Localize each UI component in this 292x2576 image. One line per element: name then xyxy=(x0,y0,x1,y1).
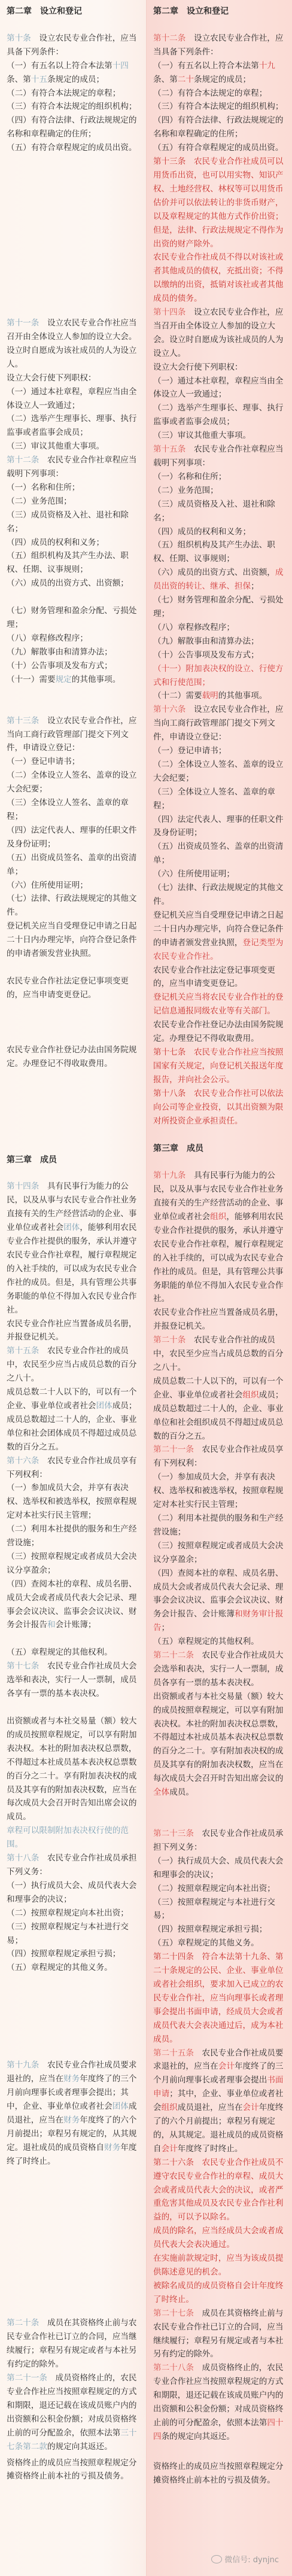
added-paragraph: 第二十四条 符合本法第十九条、第二十条规定的公民、企业、事业单位或者社会组织，要… xyxy=(153,1950,286,2046)
article-number: 第十七条 xyxy=(7,1661,39,1671)
text-run: （一）通过本社章程，章程应当由全体设立人一致通过； xyxy=(153,376,284,400)
law-paragraph: （三）按照章程规定或者成员大会决议分享盈余； xyxy=(153,1539,286,1567)
changed-text: 二十 xyxy=(178,75,194,84)
law-paragraph: 第十八条 农民专业合作社成员承担下列义务： xyxy=(7,1852,140,1879)
text-run: 成员的除名，应当经成员大会或者成员代表大会表决通过。 xyxy=(153,2226,284,2249)
text-run: （四）成员的权利和义务； xyxy=(153,527,251,537)
article-number: 第二十条 xyxy=(7,2318,39,2328)
law-paragraph: （十）公告事项及发布方式； xyxy=(153,648,286,662)
text-run: （二）有符合本法规定的章程； xyxy=(153,89,267,98)
article-number: 第二十三条 xyxy=(153,1829,194,1838)
law-paragraph: （三）审议其他重大事项。 xyxy=(153,429,286,443)
changed-text: 规定 xyxy=(56,675,72,684)
text-run: 的其他事项。 xyxy=(72,675,121,684)
article-number: 第十四条 xyxy=(7,1182,39,1191)
text-run: 农民专业合作社法定登记事项变更的，应当申请变更登记。 xyxy=(153,966,275,989)
law-comparison-page: 第二章 设立和登记第十条 设立农民专业合作社，应当具备下列条件：（一）有五名以上… xyxy=(0,0,292,2576)
law-paragraph: 农民专业合作社应当置备成员名册，并报登记机关。 xyxy=(7,1317,140,1345)
law-paragraph: 农民专业合作社登记办法由国务院规定。办理登记不得收取费用。 xyxy=(153,1018,286,1046)
text-run: 的规定向其返还。 xyxy=(47,2442,112,2452)
text-run: （二）全体设立人签名、盖章的设立大会纪要； xyxy=(153,760,284,783)
chapter-heading: 第二章 设立和登记 xyxy=(7,5,140,19)
law-paragraph: 第十二条 设立农民专业合作社，应当具备下列条件： xyxy=(153,32,286,59)
watermark: 微信号: dynjnc xyxy=(211,2553,279,2565)
law-paragraph: （一）有五名以上符合本法第十九条、第二十条规定的成员； xyxy=(153,59,286,87)
spacer xyxy=(7,1167,140,1180)
changed-text: 组织 xyxy=(210,1212,226,1222)
text-run: （九）解散事由和清算办法； xyxy=(7,647,112,657)
text-run: （七）财务管理和盈余分配、亏损处理； xyxy=(153,595,284,619)
law-paragraph: （二）有符合本法规定的章程； xyxy=(153,87,286,101)
text-run: （六）住所使用证明； xyxy=(153,869,235,879)
article-number: 第十八条 xyxy=(7,1853,39,1863)
text-run: 成员。 xyxy=(169,1788,194,1797)
law-paragraph: （四）成员的权利和义务； xyxy=(153,525,286,539)
law-paragraph: （四）按照章程规定承担亏损； xyxy=(153,1923,286,1936)
article-number: 第十九条 xyxy=(153,1171,185,1180)
text-run: （三）按照章程规定与本社进行交易； xyxy=(7,1922,129,1945)
text-run: （六）成员的出资方式、出资额； xyxy=(7,578,129,588)
law-paragraph: （十二）需要载明的其他事项。 xyxy=(153,689,286,703)
text-run: 农民专业合作社登记办法由国务院规定。办理登记不得收取费用。 xyxy=(7,1045,137,1068)
law-paragraph: 成员总数二十人以下的，可以有一个企业、事业单位或者社会团体成员；成员总数超过二十… xyxy=(7,1386,140,1454)
spacer xyxy=(7,961,140,975)
law-paragraph: （六）住所使用证明； xyxy=(7,879,140,893)
text-run: 年度终了时终止。 xyxy=(178,2144,243,2154)
law-paragraph: （一）登记申请书； xyxy=(153,744,286,758)
text-run: （十）公告事项及发布方式； xyxy=(7,661,112,671)
law-paragraph: （十）公告事项及发布方式； xyxy=(7,659,140,673)
text-run: 第十七条 农民专业合作社应当按照国家有关规定，向登记机关报送年度报告，并向社会公… xyxy=(153,1048,284,1085)
text-run: （五）组织机构及其产生办法、职权、任期、议事规则； xyxy=(7,551,129,574)
law-paragraph: （一）通过本社章程，章程应当由全体设立人一致通过； xyxy=(7,385,140,413)
law-paragraph: （十一）需要规定的其他事项。 xyxy=(7,673,140,687)
chapter-heading: 第三章 成员 xyxy=(7,1153,140,1167)
text-run: 资格终止的成员应当按照章程规定分摊资格终止前本社的亏损及债务。 xyxy=(7,2458,137,2481)
article-number: 第二十七条 xyxy=(153,2309,194,2318)
text-run: （十一）需要 xyxy=(7,675,56,684)
text-run: 的其他事项。 xyxy=(218,691,267,701)
spacer xyxy=(153,19,286,32)
changed-text: 团体 xyxy=(63,1223,80,1232)
article-number: 第二十条 xyxy=(153,1335,185,1345)
text-run: （六）成员的出资方式、出资额， xyxy=(153,568,275,577)
spacer xyxy=(7,19,140,32)
changed-text: 财务 xyxy=(63,2074,80,2084)
text-run: （四）法定代表人、理事的任职文件及身份证明； xyxy=(7,826,137,849)
law-paragraph: 第二十一条 成员资格终止的，农民专业合作社应当按照章程规定的方式和期限，退还记载… xyxy=(7,2371,140,2453)
watermark-text: 微信号: dynjnc xyxy=(224,2553,279,2565)
spacer xyxy=(153,1128,286,1142)
text-run: 条规定的成员； xyxy=(194,75,251,84)
law-paragraph: 第十六条 设立农民专业合作社，应当向工商行政管理部门提交下列文件，申请设立登记： xyxy=(153,703,286,744)
text-run: （二）有符合本法规定的章程； xyxy=(7,89,120,98)
law-paragraph: （四）按照章程规定承担亏损； xyxy=(7,1947,140,1961)
text-run: （五）章程规定的其他权利。 xyxy=(153,1637,259,1646)
text-run: （三）审议其他重大事项。 xyxy=(7,441,104,451)
law-paragraph: 出资额或者与本社交易量（额）较大的成员按照章程规定，可以享有附加表决权。本社的附… xyxy=(153,1690,286,1799)
text-run: ，能够利用农民专业合作社提供的服务，承认并遵守农民专业合作社章程，履行章程规定的… xyxy=(153,1212,284,1304)
text-run: 在实施前款规定时，应当为该成员提供陈述意见的机会。 xyxy=(153,2254,284,2277)
added-paragraph: 成员的除名，应当经成员大会或者成员代表大会表决通过。 xyxy=(153,2224,286,2252)
text-run: （五）有符合章程规定的成员出资。 xyxy=(153,143,284,153)
law-paragraph: （五）章程规定的其他义务。 xyxy=(153,1936,286,1950)
law-paragraph: 登记机关应当自受理登记申请之日起二十日内办理完毕，向符合登记条件的申请者颁发营业… xyxy=(7,919,140,961)
text-run: （二）按照章程规定向本社出资； xyxy=(153,1884,275,1893)
text-run: 成员资格终止的，农民专业合作社应当按照章程规定的方式和期限，退还记载在该成员账户… xyxy=(153,2363,284,2428)
law-paragraph: （四）法定代表人、理事的任职文件及身份证明； xyxy=(153,813,286,841)
law-paragraph: 农民专业合作社法定登记事项变更的，应当申请变更登记。 xyxy=(7,975,140,1002)
changed-text: 团体 xyxy=(96,1401,112,1411)
text-run: （一）参加成员大会，并享有表决权、选举权和被选举权，按照章程规定对本社实行民主管… xyxy=(7,1483,137,1520)
text-run: 设立大会行使下列职权： xyxy=(153,363,243,372)
spacer xyxy=(7,590,140,604)
law-paragraph: 第十三条 设立农民专业合作社，应当向工商行政管理部门提交下列文件，申请设立登记： xyxy=(7,714,140,756)
text-run: 条、第 xyxy=(153,75,178,84)
text-run: （二）业务范围； xyxy=(7,497,72,506)
law-paragraph: 第十九条 农民专业合作社成员要求退社的，应当在财务年度终了的三个月前向理事长或者… xyxy=(7,2059,140,2168)
text-run: （三）按照章程规定或者成员大会决议分享盈余； xyxy=(153,1541,284,1564)
text-run: 农民专业合作社应当置备成员名册，并报登记机关。 xyxy=(153,1308,284,1331)
law-paragraph: （一）执行成员大会、成员代表大会和理事会的决议； xyxy=(7,1879,140,1907)
law-paragraph: 农民专业合作社法定登记事项变更的，应当申请变更登记。 xyxy=(153,964,286,991)
text-run: （一）执行成员大会、成员代表大会和理事会的决议； xyxy=(153,1856,284,1880)
chapter-heading: 第三章 成员 xyxy=(153,1142,286,1156)
law-paragraph: 章程可以限制附加表决权行使的范围。 xyxy=(7,1824,140,1852)
law-paragraph: （五）组织机构及其产生办法、职权、任期、议事规则； xyxy=(153,538,286,566)
law-paragraph: 农民专业合作社登记办法由国务院规定。办理登记不得收取费用。 xyxy=(7,1043,140,1071)
law-paragraph: 登记机关应当自受理登记申请之日起二十日内办理完毕，向符合登记条件的申请者颁发营业… xyxy=(153,909,286,964)
law-paragraph: （二）利用本社提供的服务和生产经营设施； xyxy=(7,1523,140,1550)
text-run: （八）章程修改程序； xyxy=(153,623,235,632)
text-run: 农民专业合作社法定登记事项变更的，应当申请变更登记。 xyxy=(7,976,129,1000)
changed-text: 载明 xyxy=(202,691,218,701)
text-run: （三）全体设立人签名、盖章的章程； xyxy=(153,787,275,811)
law-paragraph: 成员总数二十人以下的，可以有一个企业、事业单位或者社会组织成员；成员总数超过二十… xyxy=(153,1375,286,1444)
text-run: （七）法律、行政法规规定的其他文件。 xyxy=(7,894,137,917)
text-run: （一）执行成员大会、成员代表大会和理事会的决议； xyxy=(7,1881,137,1904)
law-paragraph: （二）按照章程规定向本社出资； xyxy=(153,1882,286,1896)
changed-text: 十四 xyxy=(112,61,129,71)
law-paragraph: （一）名称和住所； xyxy=(7,481,140,495)
spacer xyxy=(7,1975,140,2059)
law-paragraph: 第二十八条 成员资格终止的，农民专业合作社应当按照章程规定的方式和期限，退还记载… xyxy=(153,2361,286,2443)
text-run: 条规定的成员； xyxy=(47,75,104,84)
text-run: （六）住所使用证明； xyxy=(7,881,88,890)
text-run: （五）章程规定的其他义务。 xyxy=(7,1963,112,1972)
changed-text: 十五 xyxy=(31,75,47,84)
law-paragraph: 第十条 设立农民专业合作社，应当具备下列条件： xyxy=(7,32,140,59)
law-paragraph: 出资额或者与本社交易量（额）较大的成员按照章程规定，可以享有附加表决权。本社的附… xyxy=(7,1715,140,1824)
article-number: 第十五条 xyxy=(7,1346,39,1356)
text-run: （四）法定代表人、理事的任职文件及身份证明； xyxy=(153,815,284,838)
law-paragraph: 设立大会行使下列职权： xyxy=(7,372,140,385)
text-run: （四）有符合法律、行政法规规定的名称和章程确定的住所； xyxy=(153,115,284,139)
article-number: 第十四条 xyxy=(153,307,185,317)
spacer xyxy=(7,1632,140,1646)
text-run: （三）成员资格及入社、退社和除名； xyxy=(153,500,275,523)
law-paragraph: （六）住所使用证明； xyxy=(153,867,286,881)
text-run: （三）有符合本法规定的组织机构； xyxy=(153,102,284,111)
law-paragraph: 资格终止的成员应当按照章程规定分摊资格终止前本社的亏损及债务。 xyxy=(153,2460,286,2487)
text-run: （五）章程规定的其他义务。 xyxy=(153,1938,259,1948)
law-paragraph: 第十二条 农民专业合作社章程应当载明下列事项： xyxy=(7,453,140,481)
law-paragraph: 农民专业合作社应当置备成员名册，并报登记机关。 xyxy=(153,1306,286,1333)
law-paragraph: （四）有符合法律、行政法规规定的名称和章程确定的住所； xyxy=(153,114,286,141)
text-run: （四）按照章程规定承担亏损； xyxy=(153,1925,267,1934)
text-run: （一）参加成员大会，并享有表决权、选举权和被选举权，按照章程规定对本社实行民主管… xyxy=(153,1472,284,1509)
text-run: 登记机关应当自受理登记申请之日起二十日内办理完毕，向符合登记条件的申请者颁发营业… xyxy=(7,921,137,958)
article-number: 第二十五条 xyxy=(153,2048,194,2058)
text-run: 成员资格终止的，农民专业合作社应当按照章程规定的方式和期限，退还记载在该成员账户… xyxy=(7,2373,137,2438)
changed-text: 财务 xyxy=(104,2143,120,2152)
law-paragraph: （二）有符合本法规定的章程； xyxy=(7,87,140,101)
law-paragraph: （七）财务管理和盈余分配、亏损处理； xyxy=(7,604,140,632)
article-number: 第十六条 xyxy=(153,705,185,714)
article-number: 第十六条 xyxy=(7,1456,39,1466)
law-paragraph: （四）法定代表人、理事的任职文件及身份证明； xyxy=(7,824,140,851)
text-run: 登记机关应当将农民专业合作社的登记信息通报同级农业等有关部门。 xyxy=(153,992,284,1016)
changed-text: 会计 xyxy=(162,2144,178,2154)
spacer xyxy=(7,1701,140,1715)
text-run: （八）章程修改程序； xyxy=(7,634,88,643)
law-paragraph: （一）参加成员大会，并享有表决权、选举权和被选举权，按照章程规定对本社实行民主管… xyxy=(7,1481,140,1523)
text-run: 农民专业合作社登记办法由国务院规定。办理登记不得收取费用。 xyxy=(153,1020,284,1043)
law-paragraph: （五）有符合章程规定的成员出资。 xyxy=(7,141,140,155)
text-run: （三）有符合本法规定的组织机构； xyxy=(7,102,137,111)
text-run: （五）出资成员签名、盖章的出资清单； xyxy=(153,842,284,865)
spacer xyxy=(7,1002,140,1043)
text-run: （四）成员的权利和义务； xyxy=(7,538,104,547)
text-run: （三）全体设立人签名、盖章的章程； xyxy=(7,798,129,821)
text-run: （三）按照章程规定或者成员大会决议分享盈余； xyxy=(7,1552,137,1575)
text-run: （一）登记申请书； xyxy=(153,746,226,756)
text-run: （二）选举产生理事长、理事、执行监事或者监事会成员； xyxy=(153,403,284,427)
law-paragraph: （七）法律、行政法规规定的其他文件。 xyxy=(153,881,286,909)
law-paragraph: （五）章程规定的其他义务。 xyxy=(7,1961,140,1975)
text-run: （一）名称和住所； xyxy=(7,483,80,492)
changed-text: 和 xyxy=(47,1620,56,1630)
law-paragraph: （十一）附加表决权的设立、行使方式和行使范围； xyxy=(153,662,286,690)
spacer xyxy=(153,1799,286,1827)
law-paragraph: 第十九条 具有民事行为能力的公民，以及从事与农民专业合作社业务直接有关的生产经营… xyxy=(153,1169,286,1306)
added-paragraph: 第十八条 农民专业合作社可以依法向公司等企业投资，以其出资额为限对所投资企业承担… xyxy=(153,1087,286,1128)
text-run: 条的规定向其返还。 xyxy=(162,2432,235,2441)
article-number: 第二十一条 xyxy=(7,2373,47,2383)
article-number: 第十条 xyxy=(7,34,31,43)
text-run: （五）有符合章程规定的成员出资。 xyxy=(7,143,137,153)
law-paragraph: （三）全体设立人签名、盖章的章程； xyxy=(153,785,286,813)
article-number: 第十二条 xyxy=(7,455,39,465)
spacer xyxy=(7,687,140,714)
text-run: （二）利用本社提供的服务和生产经营设施； xyxy=(153,1514,284,1537)
text-run: （一）有五名以上符合本法第 xyxy=(153,61,259,71)
text-run: （七）法律、行政法规规定的其他文件。 xyxy=(153,883,284,906)
article-number: 第十九条 xyxy=(7,2060,39,2070)
law-paragraph: 第十四条 具有民事行为能力的公民，以及从事与农民专业合作社业务直接有关的生产经营… xyxy=(7,1180,140,1317)
spacer xyxy=(7,155,140,316)
law-paragraph: （一）参加成员大会，并享有表决权、选举权和被选举权，按照章程规定对本社实行民主管… xyxy=(153,1470,286,1512)
added-paragraph: 第二十六条 农民专业合作社成员不遵守农民专业合作社的章程、成员大会或者成员代表大… xyxy=(153,2156,286,2225)
text-run: 第二十六条 农民专业合作社成员不遵守农民专业合作社的章程、成员大会或者成员代表大… xyxy=(153,2158,284,2222)
law-paragraph: （三）按照章程规定或者成员大会决议分享盈余； xyxy=(7,1550,140,1578)
text-run: 资格终止的成员应当按照章程规定分摊资格终止前本社的亏损及债务。 xyxy=(153,2462,284,2485)
changed-text: 组织 xyxy=(243,1390,259,1400)
text-run: 第十三条 农民专业合作社成员可以用货币出资，也可以用实物、知识产权、土地经营权、… xyxy=(153,157,284,248)
law-paragraph: （一）执行成员大会、成员代表大会和理事会的决议； xyxy=(153,1855,286,1882)
text-run: 出资额或者与本社交易量（额）较大的成员按照章程规定，可以享有附加表决权。本社的附… xyxy=(7,1716,137,1822)
law-paragraph: （四）有符合法律、行政法规规定的名称和章程确定的住所； xyxy=(7,114,140,141)
law-paragraph: （一）登记申请书； xyxy=(7,755,140,769)
changed-text: 团体 xyxy=(112,2102,129,2111)
text-run: 被除名成员的成员资格自会计年度终了时终止。 xyxy=(153,2281,284,2304)
law-paragraph: （三）审议其他重大事项。 xyxy=(7,440,140,453)
law-paragraph: （五）有符合章程规定的成员出资。 xyxy=(153,141,286,155)
text-run: （十二）需要 xyxy=(153,691,202,701)
law-paragraph: （二）业务范围； xyxy=(7,495,140,508)
text-run: （二）选举产生理事长、理事、执行监事或者监事会成员； xyxy=(7,414,137,437)
text-run: （七）财务管理和盈余分配、亏损处理； xyxy=(7,606,137,629)
text-run: 设立大会行使下列职权： xyxy=(7,373,96,383)
law-paragraph: （六）成员的出资方式、出资额； xyxy=(7,577,140,590)
spacer xyxy=(153,2444,286,2460)
chapter-heading: 第二章 设立和登记 xyxy=(153,5,286,19)
text-run: 农民专业合作社成员不得以对该社或者其他成员的债权，充抵出资；不得以缴纳的出资，抵… xyxy=(153,252,284,303)
article-number: 第二十二条 xyxy=(153,1651,194,1660)
added-paragraph: 在实施前款规定时，应当为该成员提供陈述意见的机会。 xyxy=(153,2252,286,2279)
law-paragraph: （三）按照章程规定与本社进行交易； xyxy=(7,1920,140,1948)
text-run: （五）组织机构及其产生办法、职权、任期、议事规则； xyxy=(153,540,275,564)
article-number: 第十三条 xyxy=(7,716,39,726)
law-paragraph: 设立大会行使下列职权： xyxy=(153,361,286,374)
text-run: （二）全体设立人签名、盖章的设立大会纪要； xyxy=(7,771,137,794)
law-paragraph: （二）全体设立人签名、盖章的设立大会纪要； xyxy=(153,758,286,785)
law-paragraph: 第十六条 农民专业合作社成员享有下列权利： xyxy=(7,1454,140,1482)
text-run: （十）公告事项及发布方式； xyxy=(153,650,259,660)
new-law-column: 第二章 设立和登记第十二条 设立农民专业合作社，应当具备下列条件：（一）有五名以… xyxy=(146,0,292,2576)
law-paragraph: （五）出资成员签名、盖章的出资清单； xyxy=(153,840,286,867)
law-paragraph: （八）章程修改程序； xyxy=(153,621,286,635)
changed-text: （十一）附加表决权的设立、行使方式和行使范围； xyxy=(153,664,284,687)
law-paragraph: （三）有符合本法规定的组织机构； xyxy=(7,100,140,114)
text-run: （九）解散事由和清算办法； xyxy=(153,637,259,646)
law-paragraph: （二）选举产生理事长、理事、执行监事或者监事会成员； xyxy=(7,412,140,440)
text-run: （五）出资成员签名、盖章的出资清单； xyxy=(7,853,137,876)
law-paragraph: 第二十二条 农民专业合作社成员大会选举和表决，实行一人一票制，成员各享有一票的基… xyxy=(153,1649,286,1690)
law-paragraph: （九）解散事由和清算办法； xyxy=(7,645,140,659)
text-run: ； xyxy=(251,581,259,591)
law-paragraph: （五）组织机构及其产生办法、职权、任期、议事规则； xyxy=(7,549,140,577)
article-number: 第二十一条 xyxy=(153,1445,194,1454)
law-paragraph: （二）全体设立人签名、盖章的设立大会纪要； xyxy=(7,769,140,796)
law-paragraph: （二）业务范围； xyxy=(153,484,286,498)
law-paragraph: 第二十一条 农民专业合作社成员享有下列权利： xyxy=(153,1443,286,1470)
law-paragraph: 第二十条 成员在其资格终止前与农民专业合作社已订立的合同，应当继续履行；章程另有… xyxy=(7,2316,140,2371)
changed-text: 全体 xyxy=(153,1788,169,1797)
law-paragraph: （九）解散事由和清算办法； xyxy=(153,635,286,648)
spacer xyxy=(7,2168,140,2316)
article-number: 第十五条 xyxy=(153,444,185,454)
text-run: （三）审议其他重大事项。 xyxy=(153,431,251,440)
article-number: 第二十八条 xyxy=(153,2363,194,2373)
law-paragraph: （三）按照章程规定与本社进行交易； xyxy=(153,1896,286,1923)
text-run: （一）名称和住所； xyxy=(153,472,226,482)
law-paragraph: （三）有符合本法规定的组织机构； xyxy=(153,100,286,114)
law-paragraph: （一）名称和住所； xyxy=(153,470,286,484)
text-run: 第二十四条 符合本法第十九条、第二十条规定的公民、企业、事业单位或者社会组织，要… xyxy=(153,1952,284,2044)
text-run: 条、第 xyxy=(7,75,31,84)
law-paragraph: （八）章程修改程序； xyxy=(7,632,140,645)
text-run: （二）按照章程规定向本社出资； xyxy=(7,1908,129,1918)
text-run: （一）通过本社章程，章程应当由全体设立人一致通过； xyxy=(7,387,137,410)
text-run: （四）有符合法律、行政法规规定的名称和章程确定的住所； xyxy=(7,115,137,139)
added-paragraph: 第十三条 农民专业合作社成员可以用货币出资，也可以用实物、知识产权、土地经营权、… xyxy=(153,155,286,251)
article-number: 第十一条 xyxy=(7,318,39,328)
text-run: 第十八条 农民专业合作社可以依法向公司等企业投资，以其出资额为限对所投资企业承担… xyxy=(153,1089,284,1126)
law-paragraph: （二）利用本社提供的服务和生产经营设施； xyxy=(153,1512,286,1539)
text-run: 成员退社，应当在 xyxy=(178,2103,243,2112)
law-paragraph: （三）成员资格及入社、退社和除名； xyxy=(7,508,140,536)
spacer xyxy=(7,1071,140,1153)
law-paragraph: （三）成员资格及入社、退社和除名； xyxy=(153,498,286,525)
changed-text: 十九 xyxy=(259,61,275,71)
law-paragraph: 第二十条 农民专业合作社的成员中，农民至少应当占成员总数的百分之八十。 xyxy=(153,1333,286,1375)
law-paragraph: （二）选举产生理事长、理事、执行监事或者监事会成员； xyxy=(153,401,286,429)
text-run: 会计账簿； xyxy=(56,1620,96,1630)
law-paragraph: 第十五条 农民专业合作社章程应当载明下列事项： xyxy=(153,443,286,470)
law-paragraph: （七）法律、行政法规规定的其他文件。 xyxy=(7,892,140,919)
law-paragraph: 资格终止的成员应当按照章程规定分摊资格终止前本社的亏损及债务。 xyxy=(7,2456,140,2484)
spacer xyxy=(153,1156,286,1169)
law-paragraph: （三）全体设立人签名、盖章的章程； xyxy=(7,796,140,824)
text-run: （五）章程规定的其他权利。 xyxy=(7,1648,112,1657)
law-paragraph: 第二十三条 农民专业合作社成员承担下列义务： xyxy=(153,1827,286,1855)
text-run: （一）有五名以上符合本法第 xyxy=(7,61,112,71)
law-paragraph: 第二十五条 农民专业合作社成员要求退社的，应当在会计年度终了的三个月前向理事长或… xyxy=(153,2047,286,2156)
text-run: ； xyxy=(162,1623,170,1633)
text-run: 农民专业合作社应当置备成员名册，并报登记机关。 xyxy=(7,1319,137,1342)
text-run: ，能够利用农民专业合作社提供的服务，承认并遵守农民专业合作社章程，履行章程规定的… xyxy=(7,1223,137,1314)
text-run: （一）登记申请书； xyxy=(7,757,80,766)
law-paragraph: （六）成员的出资方式、出资额，成员出资的转让、继承、担保； xyxy=(153,566,286,593)
law-paragraph: （二）按照章程规定向本社出资； xyxy=(7,1907,140,1920)
text-run: （三）按照章程规定与本社进行交易； xyxy=(153,1898,275,1921)
law-paragraph: 第二十七条 成员在其资格终止前与农民专业合作社已订立的合同，应当继续履行；章程另… xyxy=(153,2307,286,2362)
article-number: 第十二条 xyxy=(153,34,185,43)
law-paragraph: 第十四条 设立农民专业合作社，应当召开由全体设立人参加的设立大会。设立时自愿成为… xyxy=(153,306,286,361)
text-run: 出资额或者与本社交易量（额）较大的成员按照章程规定，可以享有附加表决权。本社的附… xyxy=(153,1692,284,1783)
law-paragraph: （五）出资成员签名、盖章的出资清单； xyxy=(7,851,140,879)
law-paragraph: 第十五条 农民专业合作社的成员中，农民至少应当占成员总数的百分之八十。 xyxy=(7,1344,140,1386)
old-law-column: 第二章 设立和登记第十条 设立农民专业合作社，应当具备下列条件：（一）有五名以上… xyxy=(0,0,146,2576)
law-paragraph: （四）查阅本社的章程、成员名册、成员大会或者成员代表大会记录、理事会会议决议、监… xyxy=(7,1578,140,1633)
law-paragraph: （四）成员的权利和义务； xyxy=(7,536,140,550)
changed-text: 会计 xyxy=(218,2062,235,2071)
law-paragraph: （四）查阅本社的章程、成员名册、成员大会或者成员代表大会记录、理事会会议决议、监… xyxy=(153,1567,286,1636)
law-paragraph: 第十七条 农民专业合作社成员大会选举和表决，实行一人一票制，成员各享有一票的基本… xyxy=(7,1660,140,1701)
law-paragraph: （一）有五名以上符合本法第十四条、第十五条规定的成员； xyxy=(7,59,140,87)
text-run: （四）按照章程规定承担亏损； xyxy=(7,1949,120,1959)
text-run: （三）成员资格及入社、退社和除名； xyxy=(7,510,129,534)
added-paragraph: 农民专业合作社成员不得以对该社或者其他成员的债权，充抵出资；不得以缴纳的出资，抵… xyxy=(153,251,286,306)
law-paragraph: （一）通过本社章程，章程应当由全体设立人一致通过； xyxy=(153,374,286,402)
added-paragraph: 登记机关应当将农民专业合作社的登记信息通报同级农业等有关部门。 xyxy=(153,991,286,1018)
law-paragraph: （五）章程规定的其他权利。 xyxy=(153,1635,286,1649)
changed-text: 财务 xyxy=(63,2115,80,2125)
changed-text: 章程可以限制附加表决权行使的范围。 xyxy=(7,1826,129,1849)
law-paragraph: （五）章程规定的其他权利。 xyxy=(7,1646,140,1660)
law-paragraph: 第十一条 设立农民专业合作社应当召开由全体设立人参加的设立大会。设立时自愿成为该… xyxy=(7,316,140,372)
